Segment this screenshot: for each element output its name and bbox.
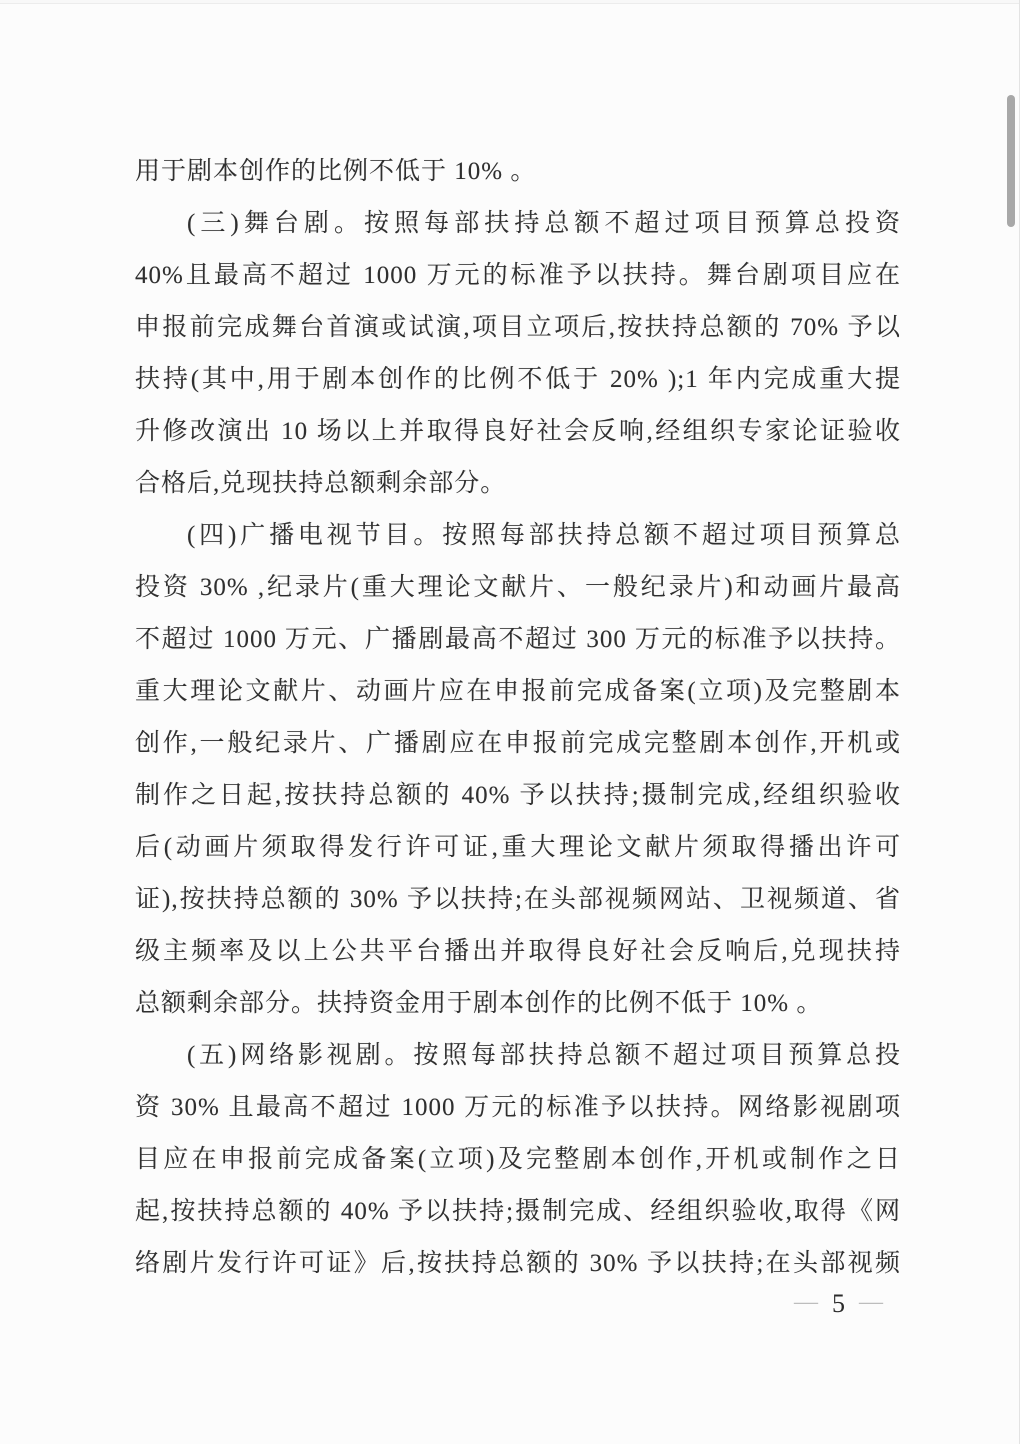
page-number: —5— bbox=[135, 1283, 901, 1325]
document-page: 用于剧本创作的比例不低于 10% 。(三)舞台剧。按照每部扶持总额不超过项目预算… bbox=[0, 0, 1024, 1444]
text-line: 投资 30% ,纪录片(重大理论文献片、一般纪录片)和动画片最高 bbox=[135, 562, 901, 614]
page-number-dash-right: — bbox=[859, 1289, 883, 1315]
text-line: 目应在申报前完成备案(立项)及完整剧本创作,开机或制作之日 bbox=[135, 1134, 901, 1186]
text-line: (五)网络影视剧。按照每部扶持总额不超过项目预算总投 bbox=[135, 1030, 901, 1082]
text-line: 级主频率及以上公共平台播出并取得良好社会反响后,兑现扶持 bbox=[135, 926, 901, 978]
page-number-dash-left: — bbox=[794, 1289, 818, 1315]
text-line: 后(动画片须取得发行许可证,重大理论文献片须取得播出许可 bbox=[135, 822, 901, 874]
page-number-value: 5 bbox=[818, 1289, 859, 1318]
text-line: 升修改演出 10 场以上并取得良好社会反响,经组织专家论证验收 bbox=[135, 406, 901, 458]
text-line: 40%且最高不超过 1000 万元的标准予以扶持。舞台剧项目应在 bbox=[135, 250, 901, 302]
right-edge-strip bbox=[1020, 0, 1024, 1444]
text-line: 不超过 1000 万元、广播剧最高不超过 300 万元的标准予以扶持。 bbox=[135, 614, 901, 666]
text-line: (三)舞台剧。按照每部扶持总额不超过项目预算总投资 bbox=[135, 198, 901, 250]
document-text-body: 用于剧本创作的比例不低于 10% 。(三)舞台剧。按照每部扶持总额不超过项目预算… bbox=[135, 146, 901, 1290]
text-line: 用于剧本创作的比例不低于 10% 。 bbox=[135, 146, 901, 198]
vertical-scrollbar-thumb[interactable] bbox=[1007, 95, 1015, 227]
text-line: 创作,一般纪录片、广播剧应在申报前完成完整剧本创作,开机或 bbox=[135, 718, 901, 770]
page-top-edge bbox=[0, 0, 1024, 4]
text-line: 制作之日起,按扶持总额的 40% 予以扶持;摄制完成,经组织验收 bbox=[135, 770, 901, 822]
text-line: 总额剩余部分。扶持资金用于剧本创作的比例不低于 10% 。 bbox=[135, 978, 901, 1030]
text-line: 扶持(其中,用于剧本创作的比例不低于 20% );1 年内完成重大提 bbox=[135, 354, 901, 406]
text-line: 资 30% 且最高不超过 1000 万元的标准予以扶持。网络影视剧项 bbox=[135, 1082, 901, 1134]
text-line: 起,按扶持总额的 40% 予以扶持;摄制完成、经组织验收,取得《网 bbox=[135, 1186, 901, 1238]
text-line: 重大理论文献片、动画片应在申报前完成备案(立项)及完整剧本 bbox=[135, 666, 901, 718]
right-hairline-border bbox=[1019, 0, 1020, 1444]
text-line: (四)广播电视节目。按照每部扶持总额不超过项目预算总 bbox=[135, 510, 901, 562]
text-line: 申报前完成舞台首演或试演,项目立项后,按扶持总额的 70% 予以 bbox=[135, 302, 901, 354]
text-line: 证),按扶持总额的 30% 予以扶持;在头部视频网站、卫视频道、省 bbox=[135, 874, 901, 926]
text-line: 合格后,兑现扶持总额剩余部分。 bbox=[135, 458, 901, 510]
